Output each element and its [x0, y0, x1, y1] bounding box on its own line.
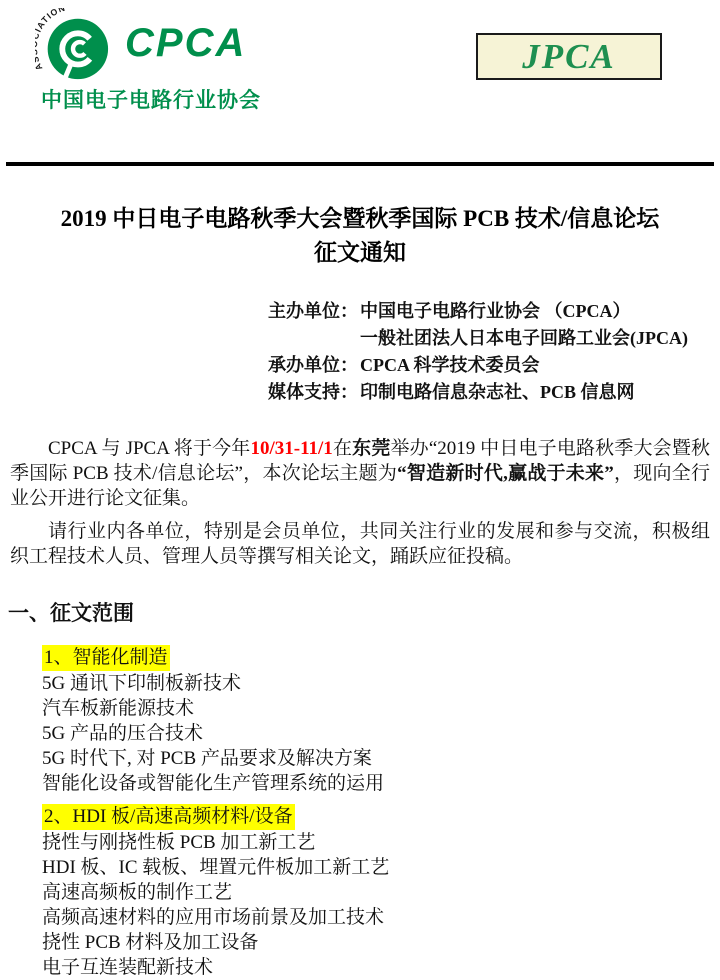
list-item: 5G 通讯下印制板新技术	[42, 671, 720, 696]
organizer-value: 印制电路信息杂志社、PCB 信息网	[360, 379, 635, 406]
p1-seg1: CPCA 与 JPCA 将于今年	[48, 438, 250, 459]
topic-group-1: 1、智能化制造 5G 通讯下印制板新技术 汽车板新能源技术 5G 产品的压合技术…	[42, 627, 720, 796]
jpca-logo-text: JPCA	[522, 37, 616, 77]
list-item: 5G 时代下, 对 PCB 产品要求及解决方案	[42, 746, 720, 771]
topic-group-2-title: 2、HDI 板/高速高频材料/设备	[42, 804, 295, 830]
forum-theme: “智造新时代,赢战于未来”	[397, 463, 614, 484]
topic-group-2: 2、HDI 板/高速高频材料/设备 挠性与刚挠性板 PCB 加工新工艺 HDI …	[42, 796, 720, 980]
list-item: 高频高速材料的应用市场前景及加工技术	[42, 905, 720, 930]
event-date: 10/31-11/1	[250, 438, 332, 459]
organizer-row: 承办单位： CPCA 科学技术委员会	[268, 352, 720, 379]
list-item: 智能化设备或智能化生产管理系统的运用	[42, 771, 720, 796]
section-heading-scope: 一、征文范围	[8, 599, 720, 627]
organizer-row: 一般社团法人日本电子回路工业会(JPCA)	[268, 325, 720, 352]
cpca-logo-text: CPCA	[125, 21, 246, 66]
organizer-label: 媒体支持：	[268, 379, 360, 406]
list-item: 汽车板新能源技术	[42, 696, 720, 721]
title-line-1: 2019 中日电子电路秋季大会暨秋季国际 PCB 技术/信息论坛	[0, 202, 720, 236]
list-item: 挠性 PCB 材料及加工设备	[42, 930, 720, 955]
title-line-2: 征文通知	[0, 236, 720, 270]
document-page: ASSOCIATION CPCA 中国电子电路行业协会 JPCA 2019 中日…	[0, 0, 720, 980]
header-divider	[6, 162, 714, 166]
cpca-logo-row: ASSOCIATION CPCA	[35, 8, 261, 84]
organizer-value: CPCA 科学技术委员会	[360, 352, 540, 379]
header: ASSOCIATION CPCA 中国电子电路行业协会 JPCA	[0, 0, 720, 114]
event-city: 东莞	[352, 438, 390, 459]
document-title: 2019 中日电子电路秋季大会暨秋季国际 PCB 技术/信息论坛 征文通知	[0, 202, 720, 270]
organizer-label: 主办单位：	[268, 298, 360, 325]
list-item: 挠性与刚挠性板 PCB 加工新工艺	[42, 830, 720, 855]
organizer-value: 中国电子电路行业协会 （CPCA）	[360, 298, 631, 325]
intro-paragraph: CPCA 与 JPCA 将于今年10/31-11/1在东莞举办“2019 中日电…	[10, 436, 710, 511]
invitation-paragraph: 请行业内各单位，特别是会员单位，共同关注行业的发展和参与交流，积极组织工程技术人…	[10, 519, 710, 569]
organizer-row: 主办单位： 中国电子电路行业协会 （CPCA）	[268, 298, 720, 325]
list-item: HDI 板、IC 载板、埋置元件板加工新工艺	[42, 855, 720, 880]
list-item: 电子互连装配新技术	[42, 955, 720, 980]
p1-seg2: 在	[333, 438, 352, 459]
organizer-block: 主办单位： 中国电子电路行业协会 （CPCA） 一般社团法人日本电子回路工业会(…	[268, 298, 720, 406]
organizer-row: 媒体支持： 印制电路信息杂志社、PCB 信息网	[268, 379, 720, 406]
organizer-label	[268, 325, 360, 352]
cpca-logo: ASSOCIATION CPCA 中国电子电路行业协会	[35, 8, 261, 114]
list-item: 高速高频板的制作工艺	[42, 880, 720, 905]
cpca-emblem-icon: ASSOCIATION	[35, 8, 111, 84]
topic-group-1-title: 1、智能化制造	[42, 645, 170, 671]
jpca-logo: JPCA	[476, 33, 662, 80]
organizer-value: 一般社团法人日本电子回路工业会(JPCA)	[360, 325, 688, 352]
list-item: 5G 产品的压合技术	[42, 721, 720, 746]
organizer-label: 承办单位：	[268, 352, 360, 379]
cpca-chinese-name: 中国电子电路行业协会	[41, 84, 261, 114]
